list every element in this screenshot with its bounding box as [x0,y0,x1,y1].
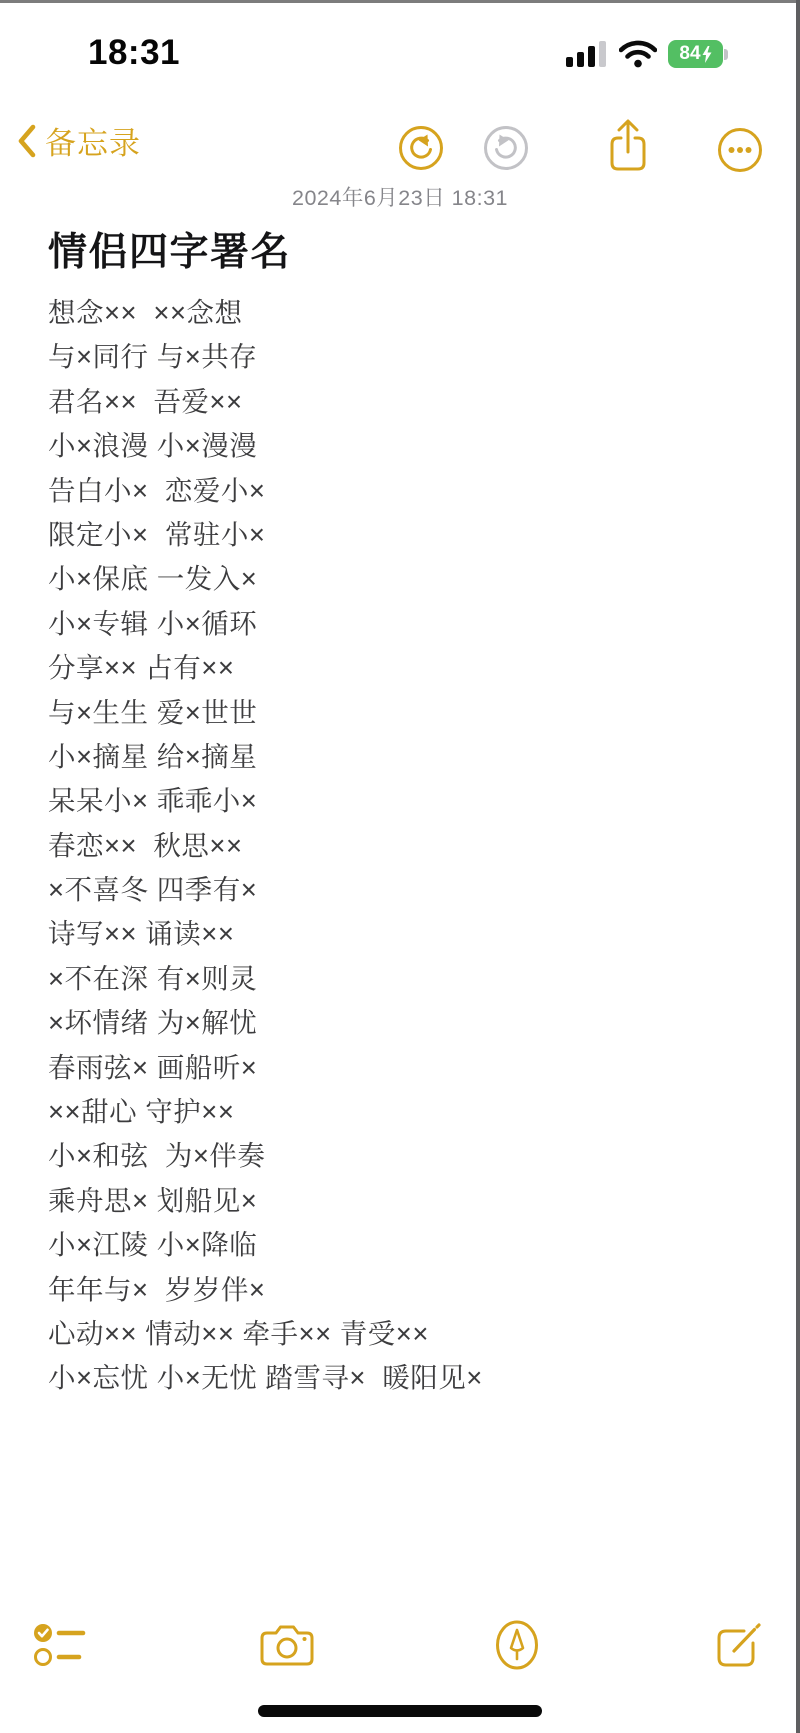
note-line: 告白小× 恋爱小× [48,469,770,513]
note-line: 小×和弦 为×伴奏 [48,1134,770,1178]
note-line: 春恋×× 秋思×× [48,824,770,868]
note-line: 小×浪漫 小×漫漫 [48,424,770,468]
note-line: ×不喜冬 四季有× [48,868,770,912]
cellular-signal-icon [566,40,608,68]
undo-icon [398,125,444,171]
note-line: 年年与× 岁岁伴× [48,1268,770,1312]
redo-button[interactable] [483,125,529,171]
battery-icon: 84 [668,40,728,68]
compose-icon [712,1620,764,1672]
battery-percent: 84 [679,43,700,65]
chevron-left-icon [16,123,38,159]
note-line: 小×专辑 小×循环 [48,602,770,646]
note-line: 小×保底 一发入× [48,557,770,601]
note-line: 想念×× ××念想 [48,291,770,335]
note-line: 小×忘忧 小×无忧 踏雪寻× 暖阳见× [48,1356,770,1400]
more-ellipsis-icon [716,126,764,174]
note-line: 心动×× 情动×× 牵手×× 青受×× [48,1312,770,1356]
back-button[interactable]: 备忘录 [16,118,141,163]
note-line: 与×同行 与×共存 [48,335,770,379]
note-line: 小×摘星 给×摘星 [48,735,770,779]
charging-bolt-icon [702,46,712,63]
camera-button[interactable] [259,1623,315,1667]
note-line: ××甜心 守护×× [48,1090,770,1134]
checklist-button[interactable] [33,1622,91,1668]
status-icons: 84 [566,40,728,68]
camera-icon [259,1623,315,1667]
checklist-icon [33,1622,91,1668]
note-line: 小×江陵 小×降临 [48,1223,770,1267]
screenshot-top-edge [0,0,800,3]
share-button[interactable] [607,117,649,175]
note-line: 春雨弦× 画船听× [48,1046,770,1090]
home-indicator[interactable] [258,1705,542,1717]
note-line: 限定小× 常驻小× [48,513,770,557]
note-line: 乘舟思× 划船见× [48,1179,770,1223]
note-line: 呆呆小× 乖乖小× [48,779,770,823]
note-line: ×坏情绪 为×解忧 [48,1001,770,1045]
redo-icon [483,125,529,171]
status-time: 18:31 [86,33,182,73]
note-title[interactable]: 情侣四字署名 [48,221,291,277]
markup-button[interactable] [494,1618,540,1672]
note-line: 君名×× 吾爱×× [48,380,770,424]
note-body[interactable]: 想念×× ××念想与×同行 与×共存君名×× 吾爱××小×浪漫 小×漫漫告白小×… [48,291,770,1401]
back-label: 备忘录 [45,118,141,163]
screenshot-right-edge [796,0,800,1733]
wifi-icon [619,40,657,68]
note-line: 与×生生 爱×世世 [48,691,770,735]
note-date: 2024年6月23日 18:31 [0,181,800,212]
more-button[interactable] [716,126,764,174]
compose-button[interactable] [712,1620,764,1672]
note-line: ×不在深 有×则灵 [48,957,770,1001]
notes-app-screen: 18:31 84 [0,0,800,1733]
note-line: 分享×× 占有×× [48,646,770,690]
share-icon [607,117,649,175]
undo-button[interactable] [398,125,444,171]
markup-pen-icon [494,1618,540,1672]
note-line: 诗写×× 诵读×× [48,912,770,956]
